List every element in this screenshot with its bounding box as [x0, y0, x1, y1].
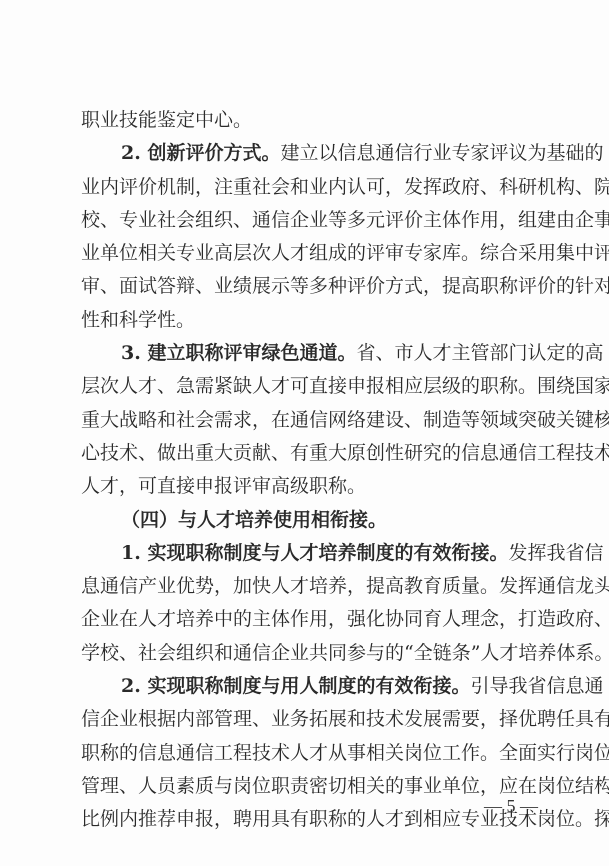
- text-line: 职称的信息通信工程技术人才从事相关岗位工作。全面实行岗位: [81, 737, 537, 770]
- body-text: 息通信产业优势，加快人才培养，提高教育质量。发挥通信龙头: [81, 575, 609, 597]
- body-text: 管理、人员素质与岗位职责密切相关的事业单位，应在岗位结构: [81, 775, 609, 797]
- text-line: 比例内推荐申报，聘用具有职称的人才到相应专业技术岗位。探: [81, 803, 537, 836]
- text-line: 审、面试答辩、业绩展示等多种评价方式，提高职称评价的针对: [81, 270, 537, 303]
- text-line: 学校、社会组织和通信企业共同参与的“全链条”人才培养体系。: [81, 637, 537, 670]
- text-line: 人才，可直接申报评审高级职称。: [81, 470, 537, 503]
- body-text: 职称的信息通信工程技术人才从事相关岗位工作。全面实行岗位: [81, 742, 609, 764]
- text-line: （四）与人才培养使用相衔接。: [81, 504, 537, 537]
- body-text: 校、专业社会组织、通信企业等多元评价主体作用，组建由企事: [81, 209, 609, 231]
- text-line: 性和科学性。: [81, 304, 537, 337]
- text-line: 职业技能鉴定中心。: [81, 104, 537, 137]
- body-text: 审、面试答辩、业绩展示等多种评价方式，提高职称评价的针对: [81, 275, 609, 297]
- text-line: 校、专业社会组织、通信企业等多元评价主体作用，组建由企事: [81, 204, 537, 237]
- heading-text: 2. 实现职称制度与用人制度的有效衔接。: [121, 675, 470, 697]
- text-line: 业内评价机制，注重社会和业内认可，发挥政府、科研机构、院: [81, 171, 537, 204]
- text-line: 信企业根据内部管理、业务拓展和技术发展需要，择优聘任具有: [81, 703, 537, 736]
- body-text: 信企业根据内部管理、业务拓展和技术发展需要，择优聘任具有: [81, 708, 609, 730]
- text-line: 业单位相关专业高层次人才组成的评审专家库。综合采用集中评: [81, 237, 537, 270]
- body-text: 重大战略和社会需求，在通信网络建设、制造等领域突破关键核: [81, 409, 609, 431]
- body-text: 发挥我省信: [508, 542, 603, 564]
- body-text: 企业在人才培养中的主体作用，强化协同育人理念，打造政府、: [81, 608, 609, 630]
- body-text: 职业技能鉴定中心。: [81, 109, 252, 131]
- text-line: 2. 实现职称制度与用人制度的有效衔接。引导我省信息通: [81, 670, 537, 703]
- text-line: 重大战略和社会需求，在通信网络建设、制造等领域突破关键核: [81, 404, 537, 437]
- text-line: 2. 创新评价方式。建立以信息通信行业专家评议为基础的: [81, 137, 537, 170]
- text-line: 企业在人才培养中的主体作用，强化协同育人理念，打造政府、: [81, 603, 537, 636]
- document-body: 职业技能鉴定中心。2. 创新评价方式。建立以信息通信行业专家评议为基础的业内评价…: [81, 104, 537, 837]
- body-text: 省、市人才主管部门认定的高: [356, 342, 603, 364]
- text-line: 1. 实现职称制度与人才培养制度的有效衔接。发挥我省信: [81, 537, 537, 570]
- heading-text: 1. 实现职称制度与人才培养制度的有效衔接。: [121, 542, 508, 564]
- text-line: 息通信产业优势，加快人才培养，提高教育质量。发挥通信龙头: [81, 570, 537, 603]
- body-text: 建立以信息通信行业专家评议为基础的: [280, 142, 603, 164]
- heading-text: （四）与人才培养使用相衔接。: [121, 509, 387, 531]
- heading-text: 2. 创新评价方式。: [121, 142, 280, 164]
- text-line: 心技术、做出重大贡献、有重大原创性研究的信息通信工程技术: [81, 437, 537, 470]
- body-text: 心技术、做出重大贡献、有重大原创性研究的信息通信工程技术: [81, 442, 609, 464]
- body-text: 学校、社会组织和通信企业共同参与的“全链条”人才培养体系。: [81, 642, 609, 664]
- body-text: 引导我省信息通: [470, 675, 603, 697]
- heading-text: 3. 建立职称评审绿色通道。: [121, 342, 356, 364]
- text-line: 层次人才、急需紧缺人才可直接申报相应层级的职称。围绕国家: [81, 370, 537, 403]
- page-number: — 5 —: [484, 796, 538, 817]
- body-text: 业单位相关专业高层次人才组成的评审专家库。综合采用集中评: [81, 242, 609, 264]
- body-text: 人才，可直接申报评审高级职称。: [81, 475, 366, 497]
- text-line: 管理、人员素质与岗位职责密切相关的事业单位，应在岗位结构: [81, 770, 537, 803]
- text-line: 3. 建立职称评审绿色通道。省、市人才主管部门认定的高: [81, 337, 537, 370]
- body-text: 层次人才、急需紧缺人才可直接申报相应层级的职称。围绕国家: [81, 375, 609, 397]
- body-text: 性和科学性。: [81, 309, 195, 331]
- body-text: 业内评价机制，注重社会和业内认可，发挥政府、科研机构、院: [81, 176, 609, 198]
